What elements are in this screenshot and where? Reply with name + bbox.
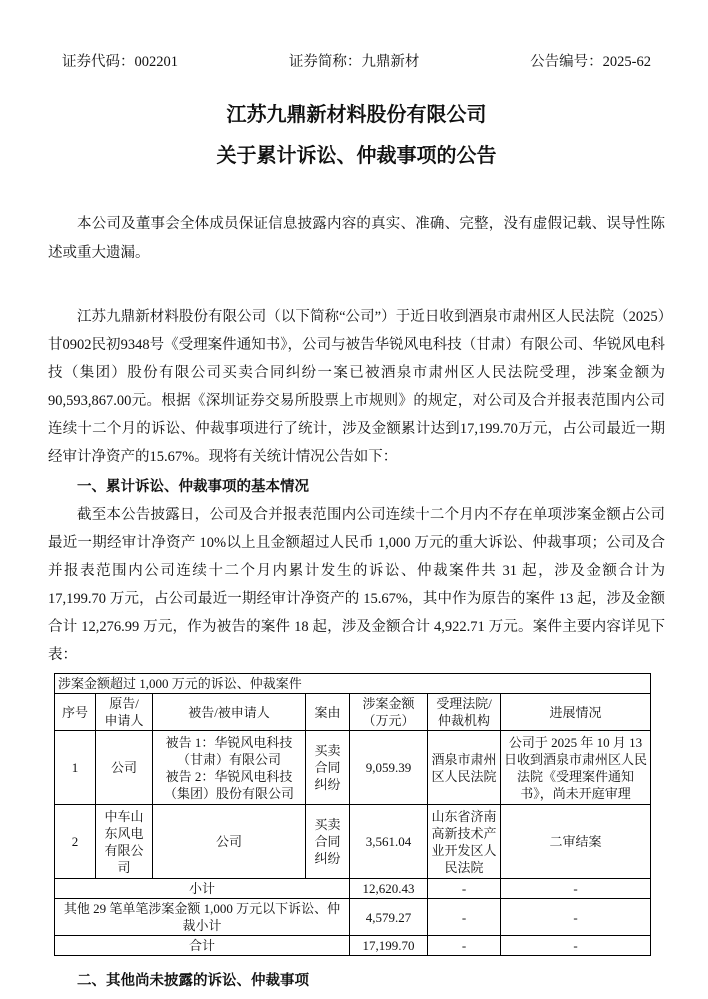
- case2-amount: 3,561.04: [350, 805, 428, 879]
- subtotal-progress: -: [501, 879, 651, 899]
- case2-court: 山东省济南高新技术产业开发区人民法院: [428, 805, 501, 879]
- subtotal-row: 小计 12,620.43 - -: [55, 879, 651, 899]
- case1-court: 酒泉市肃州区人民法院: [428, 731, 501, 805]
- header-plaintiff-line2: 申请人: [99, 712, 149, 729]
- total-amount: 17,199.70: [350, 936, 428, 956]
- others-label: 其他 29 笔单笔涉案金额 1,000 万元以下诉讼、仲裁小计: [55, 899, 350, 936]
- case1-amount: 9,059.39: [350, 731, 428, 805]
- header-court-line2: 仲裁机构: [431, 712, 497, 729]
- intro-paragraph: 江苏九鼎新材料股份有限公司（以下简称“公司”）于近日收到酒泉市肃州区人民法院（2…: [48, 303, 665, 471]
- total-progress: -: [501, 936, 651, 956]
- header-no: 序号: [55, 694, 96, 731]
- case1-defendant-2: 被告 2：华锐风电科技（集团）股份有限公司: [156, 768, 302, 802]
- header-plaintiff: 原告/ 申请人: [96, 694, 153, 731]
- section1-heading: 一、累计诉讼、仲裁事项的基本情况: [48, 473, 665, 501]
- declaration-paragraph: 本公司及董事会全体成员保证信息披露内容的真实、准确、完整，没有虚假记载、误导性陈…: [48, 210, 665, 268]
- header-plaintiff-line1: 原告/: [99, 695, 149, 712]
- announcement-page: 证券代码：002201 证券简称：九鼎新材 公告编号：2025-62 江苏九鼎新…: [0, 0, 708, 999]
- table-banner: 涉案金额超过 1,000 万元的诉讼、仲裁案件: [55, 674, 651, 694]
- section1-paragraph: 截至本公告披露日，公司及合并报表范围内公司连续十二个月内不存在单项涉案金额占公司…: [48, 501, 665, 669]
- header-defendant: 被告/被申请人: [153, 694, 306, 731]
- others-progress: -: [501, 899, 651, 936]
- total-row: 合计 17,199.70 - -: [55, 936, 651, 956]
- case1-defendant: 被告 1：华锐风电科技（甘肃）有限公司 被告 2：华锐风电科技（集团）股份有限公…: [153, 731, 306, 805]
- header-amount-line1: 涉案金额: [353, 695, 424, 712]
- subtotal-court: -: [428, 879, 501, 899]
- subtotal-amount: 12,620.43: [350, 879, 428, 899]
- announcement-number: 公告编号：2025-62: [530, 50, 651, 71]
- case1-plaintiff: 公司: [96, 731, 153, 805]
- case1-progress: 公司于 2025 年 10 月 13 日收到酒泉市肃州区人民法院《受理案件通知书…: [501, 731, 651, 805]
- section2-heading: 二、其他尚未披露的诉讼、仲裁事项: [48, 967, 665, 995]
- total-court: -: [428, 936, 501, 956]
- company-title: 江苏九鼎新材料股份有限公司: [48, 101, 665, 129]
- header-cause: 案由: [306, 694, 350, 731]
- announcement-title: 关于累计诉讼、仲裁事项的公告: [48, 142, 665, 170]
- case2-no: 2: [55, 805, 96, 879]
- header-amount-line2: （万元）: [353, 712, 424, 729]
- table-row: 2 中车山东风电有限公司 公司 买卖合同纠纷 3,561.04 山东省济南高新技…: [55, 805, 651, 879]
- case1-defendant-1: 被告 1：华锐风电科技（甘肃）有限公司: [156, 734, 302, 768]
- others-court: -: [428, 899, 501, 936]
- stock-code: 证券代码：002201: [62, 50, 178, 71]
- case1-cause: 买卖合同纠纷: [306, 731, 350, 805]
- case2-plaintiff: 中车山东风电有限公司: [96, 805, 153, 879]
- subtotal-label: 小计: [55, 879, 350, 899]
- table-row: 1 公司 被告 1：华锐风电科技（甘肃）有限公司 被告 2：华锐风电科技（集团）…: [55, 731, 651, 805]
- table-banner-row: 涉案金额超过 1,000 万元的诉讼、仲裁案件: [55, 674, 651, 694]
- case2-progress: 二审结案: [501, 805, 651, 879]
- meta-line: 证券代码：002201 证券简称：九鼎新材 公告编号：2025-62: [62, 50, 651, 71]
- litigation-table: 涉案金额超过 1,000 万元的诉讼、仲裁案件 序号 原告/ 申请人 被告/被申…: [54, 673, 651, 956]
- others-amount: 4,579.27: [350, 899, 428, 936]
- case1-no: 1: [55, 731, 96, 805]
- total-label: 合计: [55, 936, 350, 956]
- stock-abbr: 证券简称：九鼎新材: [289, 50, 420, 71]
- header-progress: 进展情况: [501, 694, 651, 731]
- case2-defendant: 公司: [153, 805, 306, 879]
- table-header-row: 序号 原告/ 申请人 被告/被申请人 案由 涉案金额 （万元） 受理法院/ 仲裁…: [55, 694, 651, 731]
- others-row: 其他 29 笔单笔涉案金额 1,000 万元以下诉讼、仲裁小计 4,579.27…: [55, 899, 651, 936]
- case2-cause: 买卖合同纠纷: [306, 805, 350, 879]
- header-amount: 涉案金额 （万元）: [350, 694, 428, 731]
- header-court-line1: 受理法院/: [431, 695, 497, 712]
- header-court: 受理法院/ 仲裁机构: [428, 694, 501, 731]
